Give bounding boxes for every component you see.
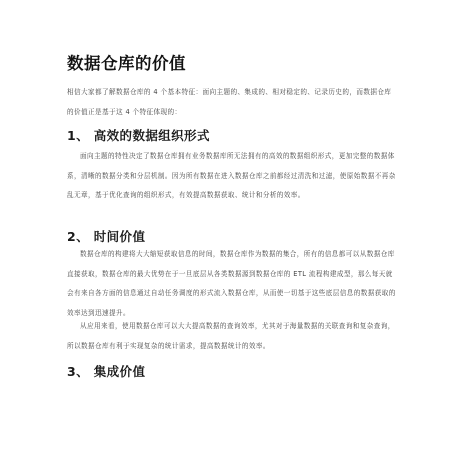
section-heading-1: 1、 高效的数据组织形式	[67, 126, 210, 144]
section-heading-2: 2、 时间价值	[67, 227, 145, 245]
section-heading-3: 3、 集成价值	[67, 362, 145, 380]
section-1-paragraph-1: 面向主题的特性决定了数据仓库拥有业务数据库所无法拥有的高效的数据组织形式，更加完…	[67, 147, 397, 206]
section-2-paragraph-2: 从应用来看，使用数据仓库可以大大提高数据的查询效率，尤其对于海量数据的关联查询和…	[67, 317, 397, 356]
section-2-paragraph-1: 数据仓库的构建将大大缩短获取信息的时间，数据仓库作为数据的集合，所有的信息都可以…	[67, 245, 397, 323]
document-page: 数据仓库的价值 相信大家都了解数据仓库的 4 个基本特征：面向主题的、集成的、相…	[0, 0, 453, 453]
intro-paragraph: 相信大家都了解数据仓库的 4 个基本特征：面向主题的、集成的、相对稳定的、记录历…	[67, 83, 397, 122]
page-title: 数据仓库的价值	[67, 50, 186, 74]
